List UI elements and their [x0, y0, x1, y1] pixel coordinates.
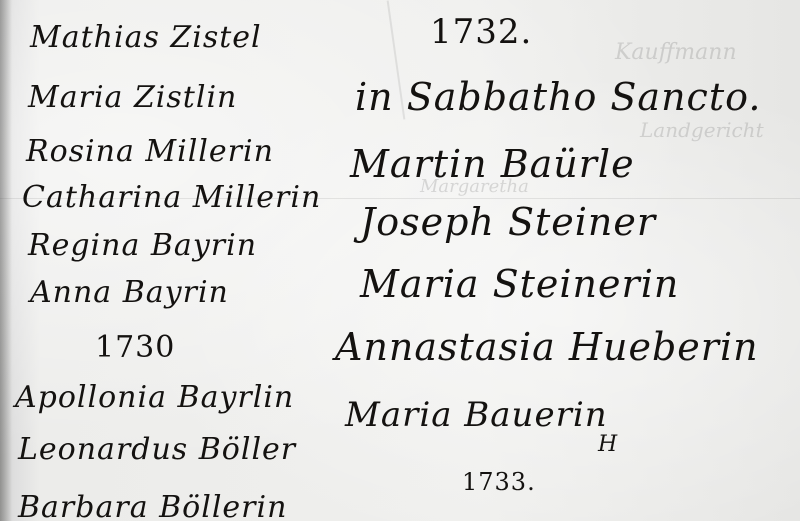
year-heading: 1733. — [462, 468, 536, 496]
register-entry: Barbara Böllerin — [18, 490, 287, 521]
bleed-through-text: Landgericht — [640, 118, 764, 142]
register-entry: Mathias Zistel — [30, 20, 262, 55]
register-entry: Annastasia Hueberin — [335, 325, 759, 369]
year-heading: 1730 — [95, 330, 175, 365]
year-heading: 1732. — [430, 12, 532, 52]
bleed-through-text: Kauffmann — [615, 40, 737, 65]
register-entry: Leonardus Böller — [18, 432, 296, 467]
register-entry: Catharina Millerin — [22, 180, 321, 215]
register-entry: Maria Bauerin — [345, 395, 608, 435]
register-entry: Martin Baürle — [350, 142, 635, 186]
register-entry: Maria Steinerin — [360, 262, 679, 306]
register-entry: Anna Bayrin — [30, 275, 229, 310]
occasion-heading: in Sabbatho Sancto. — [355, 75, 761, 119]
register-entry: Apollonia Bayrlin — [15, 380, 294, 415]
register-entry: Maria Zistlin — [28, 80, 237, 115]
register-entry: Rosina Millerin — [26, 134, 274, 169]
page-edge-shadow — [0, 0, 12, 521]
register-entry: Regina Bayrin — [28, 228, 257, 263]
manuscript-page: Kauffmann Landgericht Margaretha Mathias… — [0, 0, 800, 521]
register-entry: Joseph Steiner — [360, 200, 656, 244]
marginal-mark: H — [598, 432, 618, 457]
